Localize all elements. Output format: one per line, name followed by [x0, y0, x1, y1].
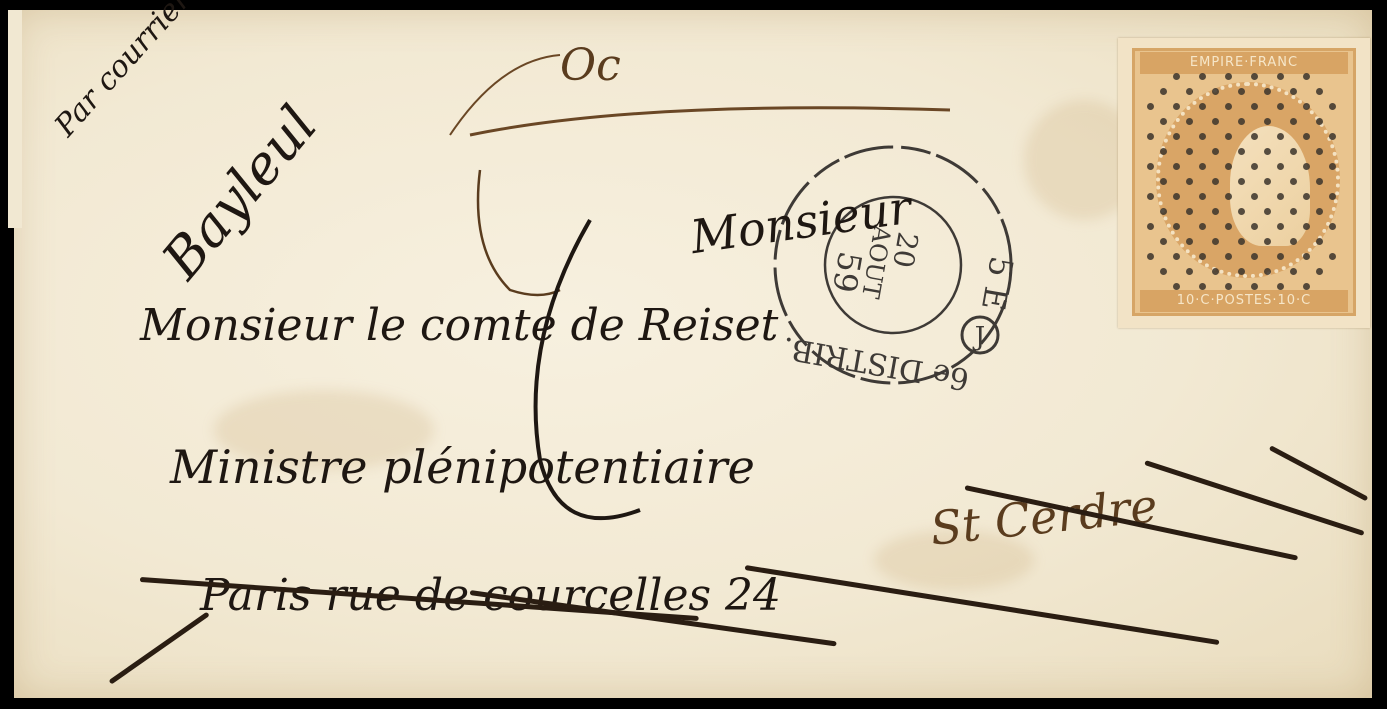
cancel-dot	[1173, 223, 1180, 230]
cancel-dot	[1147, 223, 1154, 230]
cancel-dot	[1173, 253, 1180, 260]
cancel-dot	[1173, 73, 1180, 80]
cancel-dot	[1303, 283, 1310, 290]
cancel-dot	[1277, 73, 1284, 80]
cancel-dot	[1225, 223, 1232, 230]
address-line1: Monsieur le comte de Reiset	[140, 300, 778, 351]
cancel-dot	[1329, 223, 1336, 230]
postmark-top-text: 5 E	[974, 254, 1021, 314]
cancel-dot	[1238, 268, 1245, 275]
stamp-medallion	[1156, 82, 1340, 278]
cancel-dot	[1264, 268, 1271, 275]
cancel-dot	[1186, 178, 1193, 185]
cancel-dot	[1160, 268, 1167, 275]
cancel-dot	[1212, 88, 1219, 95]
cancel-dot	[1212, 268, 1219, 275]
cancel-dot	[1225, 133, 1232, 140]
cancel-dot	[1329, 103, 1336, 110]
cancel-dot	[1329, 133, 1336, 140]
cancel-dot	[1290, 148, 1297, 155]
cancel-dot	[1199, 253, 1206, 260]
envelope-flap	[8, 10, 22, 228]
cancel-dot	[1251, 253, 1258, 260]
cancel-dot	[1160, 148, 1167, 155]
cancel-dot	[1277, 133, 1284, 140]
cancel-dot	[1290, 268, 1297, 275]
cancel-dot	[1251, 103, 1258, 110]
cancel-dot	[1303, 133, 1310, 140]
cancel-dot	[1147, 253, 1154, 260]
cancel-dot	[1212, 118, 1219, 125]
cancel-dot	[1303, 73, 1310, 80]
cancel-dot	[1251, 73, 1258, 80]
cancel-dot	[1238, 148, 1245, 155]
cancel-dot	[1199, 103, 1206, 110]
cancel-dot	[1225, 283, 1232, 290]
cancel-dot	[1277, 223, 1284, 230]
cancel-dot	[1290, 208, 1297, 215]
cancel-dot	[1303, 223, 1310, 230]
cancel-dot	[1186, 268, 1193, 275]
cancel-dot	[1316, 148, 1323, 155]
cancel-dot	[1303, 253, 1310, 260]
cancel-dot	[1147, 163, 1154, 170]
cancel-dot	[1277, 163, 1284, 170]
cancel-dot	[1277, 103, 1284, 110]
cancel-dot	[1251, 133, 1258, 140]
cancel-dot	[1199, 283, 1206, 290]
cancel-dot	[1186, 148, 1193, 155]
address-line2: Ministre plénipotentiaire	[170, 440, 755, 494]
cancel-dot	[1316, 238, 1323, 245]
cancel-dot	[1173, 163, 1180, 170]
cancel-dot	[1303, 163, 1310, 170]
cancel-dot	[1238, 208, 1245, 215]
cancel-dot	[1290, 238, 1297, 245]
cancel-dot	[1147, 103, 1154, 110]
cancel-dot	[1173, 283, 1180, 290]
cancel-dot	[1173, 193, 1180, 200]
cancel-dot	[1160, 88, 1167, 95]
cancel-dot	[1186, 118, 1193, 125]
cancel-dot	[1225, 193, 1232, 200]
cancel-dot	[1199, 133, 1206, 140]
cancel-dot	[1316, 88, 1323, 95]
cancel-dot	[1316, 178, 1323, 185]
cancel-dot	[1316, 118, 1323, 125]
cancel-dot	[1199, 73, 1206, 80]
stamp-top-text: EMPIRE·FRANC	[1140, 52, 1348, 74]
cancel-dot	[1290, 88, 1297, 95]
cancel-dot	[1186, 88, 1193, 95]
cancel-dot	[1147, 193, 1154, 200]
cancel-dot	[1238, 238, 1245, 245]
cancel-dot	[1147, 133, 1154, 140]
cancel-dot	[1199, 163, 1206, 170]
cancel-dot	[1251, 193, 1258, 200]
cancel-dot	[1238, 118, 1245, 125]
cancel-dot	[1225, 73, 1232, 80]
stamp-bottom-text: 10·C·POSTES·10·C	[1140, 290, 1348, 312]
cancel-dot	[1199, 193, 1206, 200]
cancel-dot	[1173, 133, 1180, 140]
cancel-dot	[1290, 178, 1297, 185]
cancel-dot	[1329, 253, 1336, 260]
cancel-dot	[1277, 253, 1284, 260]
cancel-dot	[1264, 238, 1271, 245]
cancel-dot	[1329, 193, 1336, 200]
cancel-dot	[1290, 118, 1297, 125]
cancel-dot	[1238, 88, 1245, 95]
cancel-dot	[1225, 253, 1232, 260]
cancel-dot	[1212, 208, 1219, 215]
cancel-dot	[1173, 103, 1180, 110]
cancel-dot	[1303, 193, 1310, 200]
cancel-dot	[1212, 178, 1219, 185]
cancel-dot	[1160, 118, 1167, 125]
cancel-dot	[1186, 238, 1193, 245]
cancel-dot	[1316, 268, 1323, 275]
cancel-dot	[1264, 178, 1271, 185]
cancel-dot	[1316, 208, 1323, 215]
cancel-dot	[1199, 223, 1206, 230]
cancel-dot	[1160, 208, 1167, 215]
postage-stamp: EMPIRE·FRANC 10·C·POSTES·10·C	[1118, 38, 1370, 328]
cancel-dot	[1264, 208, 1271, 215]
cancel-dot	[1277, 193, 1284, 200]
cancel-dot	[1160, 238, 1167, 245]
cancel-dot	[1251, 223, 1258, 230]
cancel-dot	[1186, 208, 1193, 215]
cancel-dot	[1277, 283, 1284, 290]
cancel-dot	[1251, 283, 1258, 290]
cancel-dot	[1225, 163, 1232, 170]
cancel-dot	[1303, 103, 1310, 110]
cancel-dot	[1225, 103, 1232, 110]
portrait-icon	[1230, 126, 1310, 246]
cancel-dot	[1212, 148, 1219, 155]
cancel-dot	[1251, 163, 1258, 170]
cancel-dot	[1160, 178, 1167, 185]
cancel-dot	[1264, 118, 1271, 125]
postmark-letter: J	[972, 322, 985, 352]
cancel-dot	[1212, 238, 1219, 245]
cancel-dot	[1264, 148, 1271, 155]
cancel-dot	[1264, 88, 1271, 95]
cancel-dot	[1329, 163, 1336, 170]
cancel-dot	[1238, 178, 1245, 185]
